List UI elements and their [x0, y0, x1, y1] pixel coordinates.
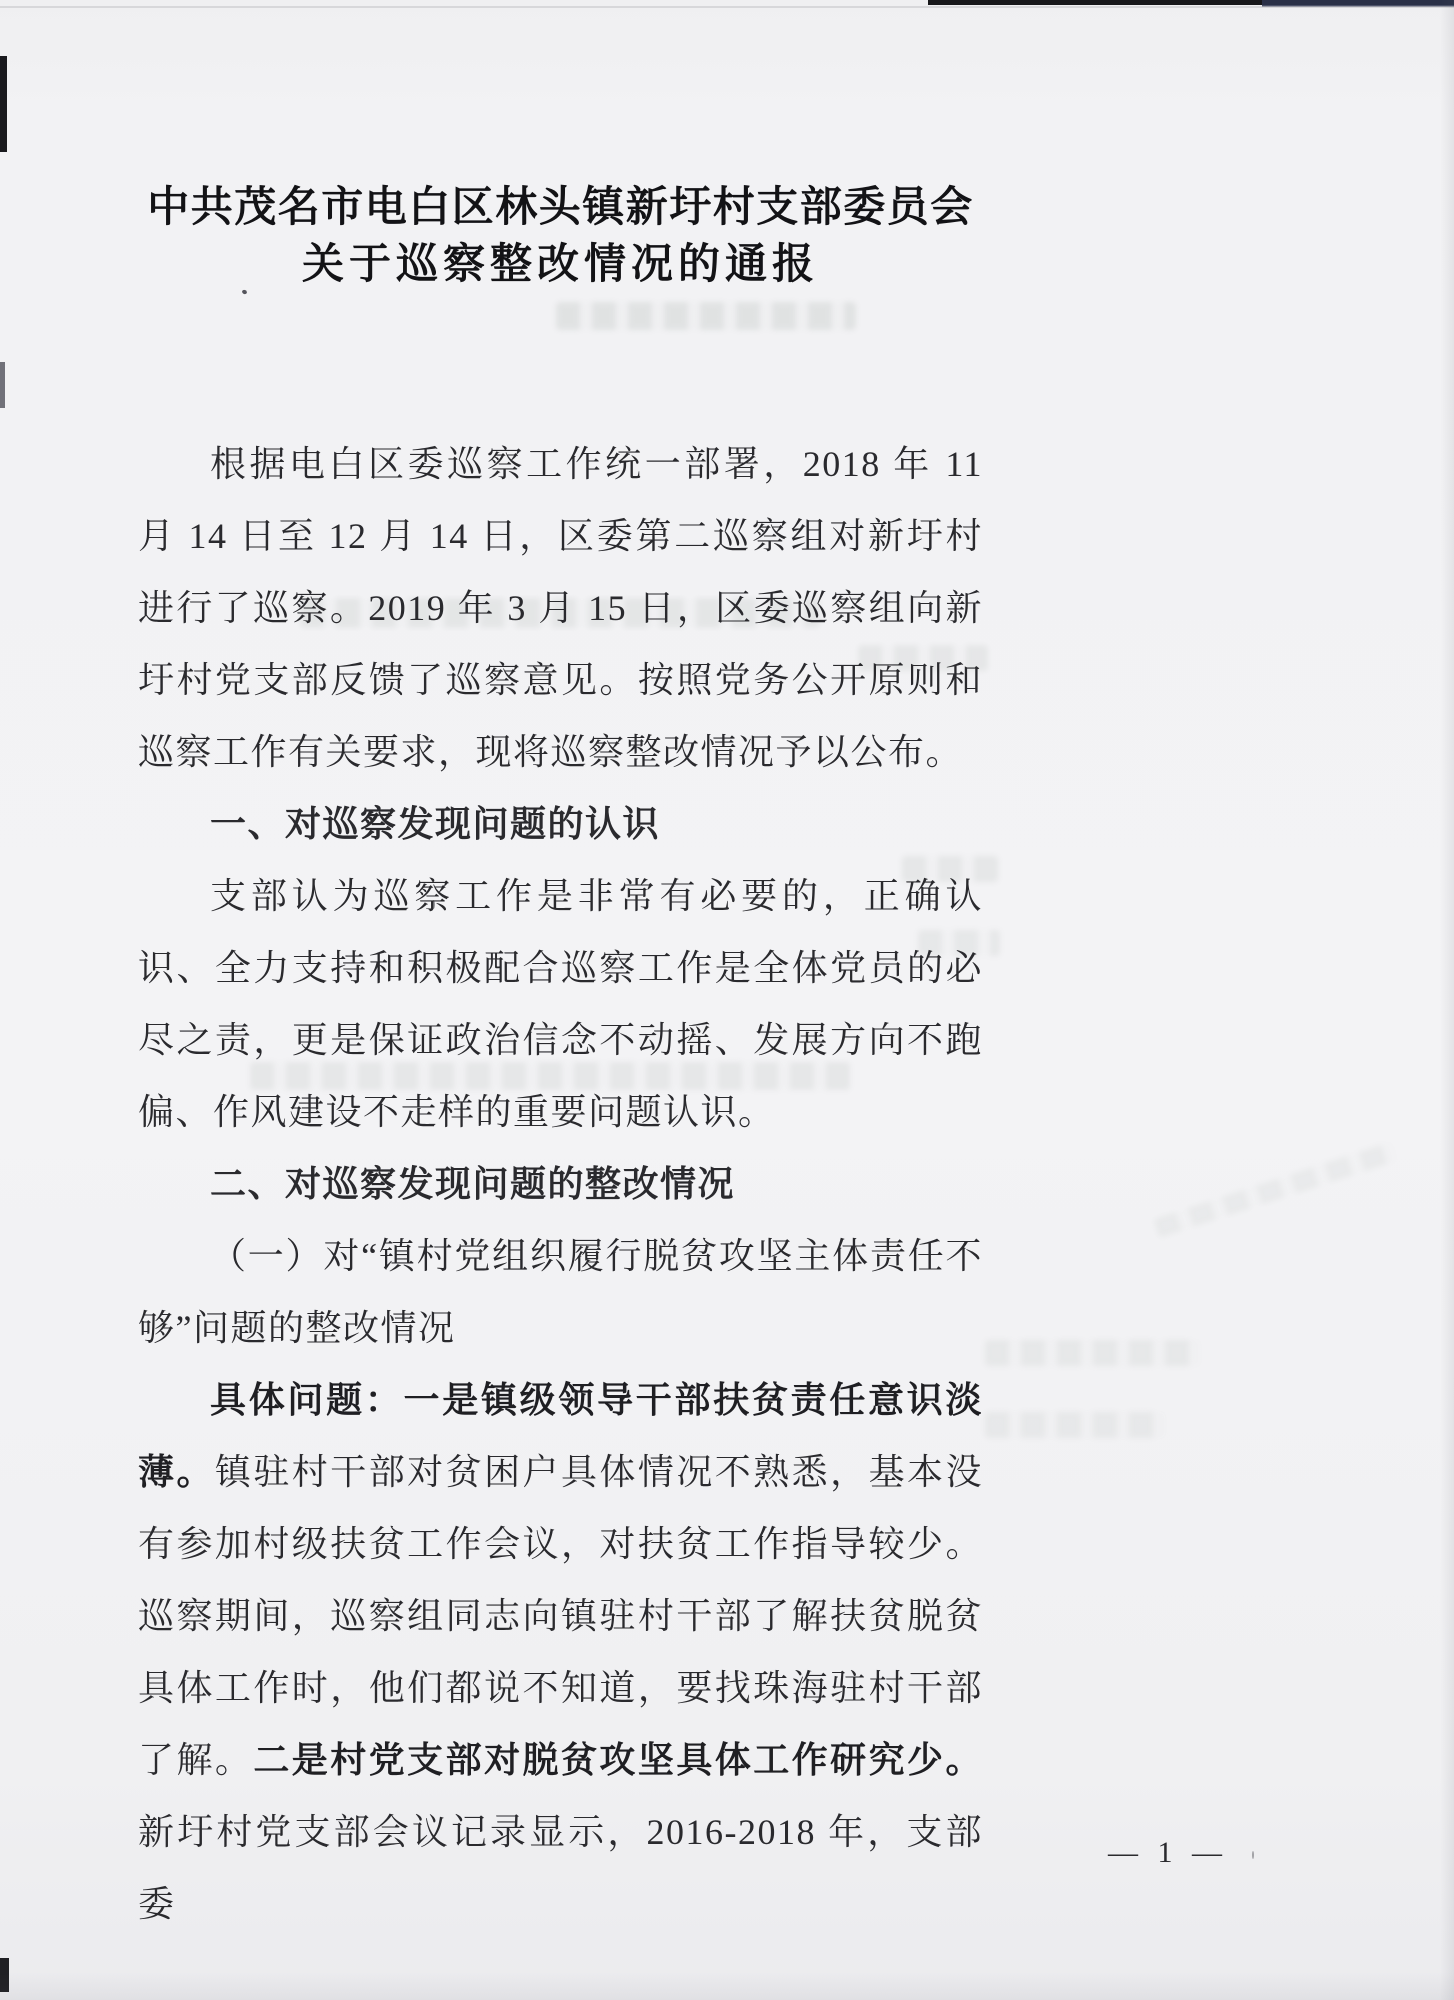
scanned-document-page: 中共茂名市电白区林头镇新圩村支部委员会 关于巡察整改情况的通报 根据电白区委巡察…: [0, 0, 1454, 2000]
intro-paragraph: 根据电白区委巡察工作统一部署，2018 年 11 月 14 日至 12 月 14…: [138, 428, 983, 788]
title-line-2: 关于巡察整改情况的通报: [138, 237, 983, 294]
document-title: 中共茂名市电白区林头镇新圩村支部委员会 关于巡察整改情况的通报: [138, 180, 983, 294]
scan-edge-artifact: [0, 56, 7, 152]
bleed-through-artifact: [1153, 1142, 1397, 1238]
bleed-through-artifact: [985, 1340, 1200, 1366]
subsection-1-heading: （一）对“镇村党组织履行脱贫攻坚主体责任不够”问题的整改情况: [138, 1220, 983, 1364]
bleed-through-artifact: [985, 1412, 1165, 1438]
issue-point-2-text: 新圩村党支部会议记录显示，2016-2018 年，支部委: [138, 1812, 983, 1924]
scan-edge-artifact: [1440, 0, 1454, 2000]
section-1-paragraph: 支部认为巡察工作是非常有必要的，正确认识、全力支持和积极配合巡察工作是全体党员的…: [138, 860, 983, 1148]
issue-point-1-text: 镇驻村干部对贫困户具体情况不熟悉，基本没有参加村级扶贫工作会议，对扶贫工作指导较…: [138, 1452, 983, 1780]
scan-edge-artifact: [0, 362, 5, 408]
issue-paragraph: 具体问题：一是镇级领导干部扶贫责任意识淡薄。镇驻村干部对贫困户具体情况不熟悉，基…: [138, 1364, 983, 1940]
issue-point-2-bold: 二是村党支部对脱贫攻坚具体工作研究少。: [253, 1739, 983, 1780]
title-line-1: 中共茂名市电白区林头镇新圩村支部委员会: [138, 180, 983, 237]
scan-edge-artifact: [0, 1972, 1454, 2000]
section-1-heading: 一、对巡察发现问题的认识: [138, 788, 983, 860]
section-2-heading: 二、对巡察发现问题的整改情况: [138, 1148, 983, 1220]
issue-lead-label: 具体问题：: [210, 1379, 404, 1420]
paper-speck: [1252, 1851, 1254, 1859]
page-number: — 1 —: [1098, 1836, 1238, 1870]
document-body: 中共茂名市电白区林头镇新圩村支部委员会 关于巡察整改情况的通报 根据电白区委巡察…: [138, 0, 983, 1940]
